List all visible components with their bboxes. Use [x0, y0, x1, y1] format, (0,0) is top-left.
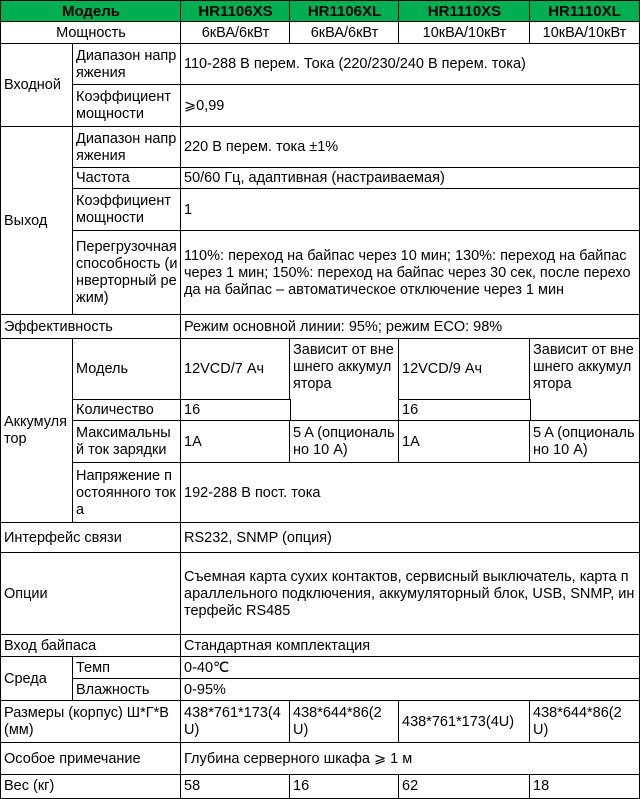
options-value: Съемная карта сухих контактов, сервисный… — [180, 552, 640, 636]
battery-label: Аккумулятор — [0, 338, 74, 524]
battery-charge-4: 5 A (опционально 10 A) — [529, 420, 640, 464]
battery-qty-1: 16 — [180, 399, 291, 422]
weight-2: 16 — [289, 774, 400, 799]
dimensions-2: 438*644*86(2U) — [289, 700, 400, 744]
battery-model-label: Модель — [72, 338, 182, 401]
output-overload-label: Перегрузочная способность (инверторный р… — [72, 230, 182, 316]
battery-qty-3: 16 — [398, 399, 531, 422]
weight-1: 58 — [180, 774, 291, 799]
weight-3: 62 — [398, 774, 531, 799]
environment-label: Среда — [0, 656, 74, 702]
output-label: Выход — [0, 126, 74, 316]
comm-value: RS232, SNMP (опция) — [180, 522, 640, 554]
efficiency-value: Режим основной линии: 95%; режим ECO: 98… — [180, 314, 640, 340]
battery-dc-label: Напряжение постоянного тока — [72, 462, 182, 524]
input-voltage-label: Диапазон напряжения — [72, 43, 182, 86]
output-voltage-label: Диапазон напряжения — [72, 126, 182, 169]
header-model-4: HR1110XL — [529, 0, 640, 22]
header-model-2: HR1106XL — [289, 0, 400, 22]
weight-label: Вес (кг) — [0, 774, 182, 799]
dimensions-1: 438*761*173(4U) — [180, 700, 291, 744]
output-frequency-value: 50/60 Гц, адаптивная (настраиваемая) — [180, 167, 640, 190]
weight-4: 18 — [529, 774, 640, 799]
output-pf-label: Коэффициент мощности — [72, 188, 182, 232]
note-value: Глубина серверного шкафа ⩾ 1 м — [180, 742, 640, 776]
comm-label: Интерфейс связи — [0, 522, 182, 554]
battery-charge-2: 5 A (опционально 10 A) — [289, 420, 400, 464]
battery-model-3: 12VCD/9 Ач — [398, 338, 531, 401]
bypass-label: Вход байпаса — [0, 634, 182, 658]
battery-charge-3: 1A — [398, 420, 531, 464]
env-temp-value: 0-40℃ — [180, 656, 640, 680]
output-overload-value: 110%: переход на байпас через 10 мин; 13… — [180, 230, 640, 316]
input-pf-value: ⩾0,99 — [180, 84, 640, 128]
battery-model-2: Зависит от внешнего аккумулятора — [289, 338, 400, 422]
input-pf-label: Коэффициент мощности — [72, 84, 182, 128]
power-value-3: 10кВА/10кВт — [398, 21, 531, 45]
options-label: Опции — [0, 552, 182, 636]
battery-charge-1: 1A — [180, 420, 291, 464]
power-value-2: 6кВА/6кВт — [289, 21, 400, 45]
header-model-label: Модель — [0, 0, 182, 22]
battery-qty-label: Количество — [72, 399, 182, 422]
power-label: Мощность — [0, 21, 182, 45]
output-frequency-label: Частота — [72, 167, 182, 190]
power-value-1: 6кВА/6кВт — [180, 21, 291, 45]
header-model-3: HR1110XS — [398, 0, 531, 22]
battery-charge-label: Максимальный ток зарядки — [72, 420, 182, 464]
battery-model-4: Зависит от внешнего аккумулятора — [529, 338, 640, 422]
input-label: Входной — [0, 43, 74, 128]
note-label: Особое примечание — [0, 742, 182, 776]
env-humidity-value: 0-95% — [180, 678, 640, 702]
efficiency-label: Эффективность — [0, 314, 182, 340]
header-model-1: HR1106XS — [180, 0, 291, 22]
dimensions-4: 438*644*86(2U) — [529, 700, 640, 744]
battery-model-1: 12VCD/7 Ач — [180, 338, 291, 401]
output-voltage-value: 220 В перем. тока ±1% — [180, 126, 640, 169]
bypass-value: Стандартная комплектация — [180, 634, 640, 658]
power-value-4: 10кВА/10кВт — [529, 21, 640, 45]
output-pf-value: 1 — [180, 188, 640, 232]
dimensions-3: 438*761*173(4U) — [398, 700, 531, 744]
env-humidity-label: Влажность — [72, 678, 182, 702]
input-voltage-value: 110-288 В перем. Тока (220/230/240 В пер… — [180, 43, 640, 86]
battery-dc-value: 192-288 В пост. тока — [180, 462, 640, 524]
dimensions-label: Размеры (корпус) Ш*Г*В (мм) — [0, 700, 182, 744]
env-temp-label: Темп — [72, 656, 182, 680]
